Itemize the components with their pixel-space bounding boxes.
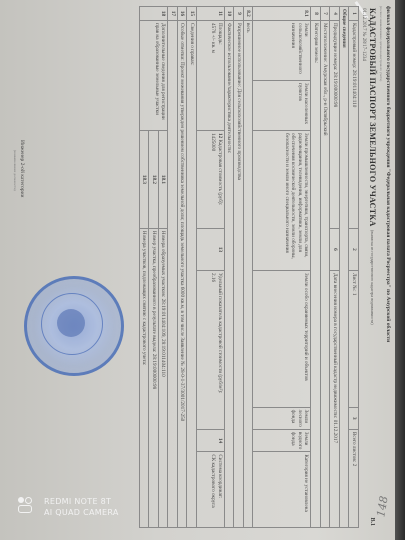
table-row: 8.1 Земли сельскохозяйственного назначен… <box>253 7 311 528</box>
header-organization: филиал федерального государственного бюд… <box>385 6 391 526</box>
table-row: 15 Сведения о правах: <box>187 7 197 528</box>
section-label: В.1 <box>369 517 375 526</box>
document-title: КАДАСТРОВЫЙ ПАСПОРТ ЗЕМЕЛЬНОГО УЧАСТКА <box>368 8 377 227</box>
table-row: 16 Особые отметки: Проект межевания утве… <box>178 7 188 528</box>
document-title-note: (выписка из государственного кадастра не… <box>370 230 375 325</box>
table-row: 10 Фактическое использование/характерист… <box>225 7 235 528</box>
table-row: 4 Предыдущие номера: 28:19:000000:98 6 Д… <box>330 7 340 528</box>
table-row: 8 Категория земель: <box>311 7 321 528</box>
camera-logo-icon <box>18 497 34 513</box>
official-stamp <box>24 276 124 376</box>
camera-watermark: REDMI NOTE 8T AI QUAD CAMERA <box>44 496 119 518</box>
table-row: 11 Площадь:4578 +/- кв. м 12 Кадастровая… <box>197 7 225 528</box>
table-row: 1 Кадастровый номер: 28:19:011404:110 2 … <box>349 7 359 528</box>
table-row: Общие сведения <box>340 7 350 528</box>
signature-title: Инженер 2-ой категории <box>19 140 25 197</box>
table-row: 9 Разрешенное использование: Для сельско… <box>234 7 244 528</box>
table-row: 8.2 весь <box>244 7 254 528</box>
header-subtitle: (полное наименование органа кадастрового… <box>379 6 383 81</box>
stamp-emblem-icon <box>57 309 85 337</box>
signature-subtitle: (наименование должности) <box>13 150 17 191</box>
document-date: 01.12.2017 № 28/17-1234 <box>361 8 366 61</box>
table-row: 7 Местоположение: Амурская обл., р-н Окт… <box>321 7 331 528</box>
cadastral-passport-page: филиал федерального государственного бюд… <box>0 0 395 540</box>
passport-table: 1 Кадастровый номер: 28:19:011404:110 2 … <box>139 6 359 528</box>
table-row: 17 <box>168 7 178 528</box>
table-row: 18 Дополнительные сведения для регистрац… <box>159 7 169 528</box>
